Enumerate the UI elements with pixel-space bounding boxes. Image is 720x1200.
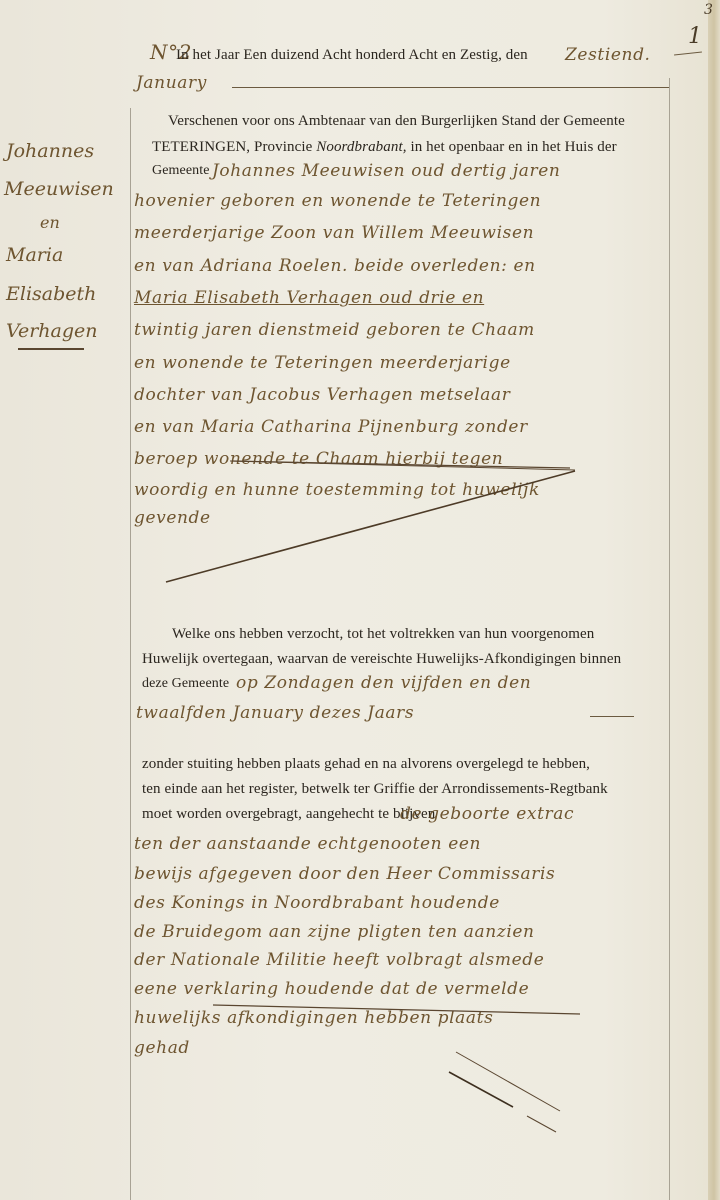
fill-line-1b — [230, 461, 575, 470]
cancel-stroke — [166, 471, 575, 582]
closing-stroke-1 — [456, 1052, 560, 1111]
fill-line-3 — [213, 1005, 580, 1014]
closing-stroke-2 — [449, 1072, 513, 1107]
pen-strokes — [0, 0, 720, 1200]
closing-stroke-3 — [527, 1116, 556, 1132]
